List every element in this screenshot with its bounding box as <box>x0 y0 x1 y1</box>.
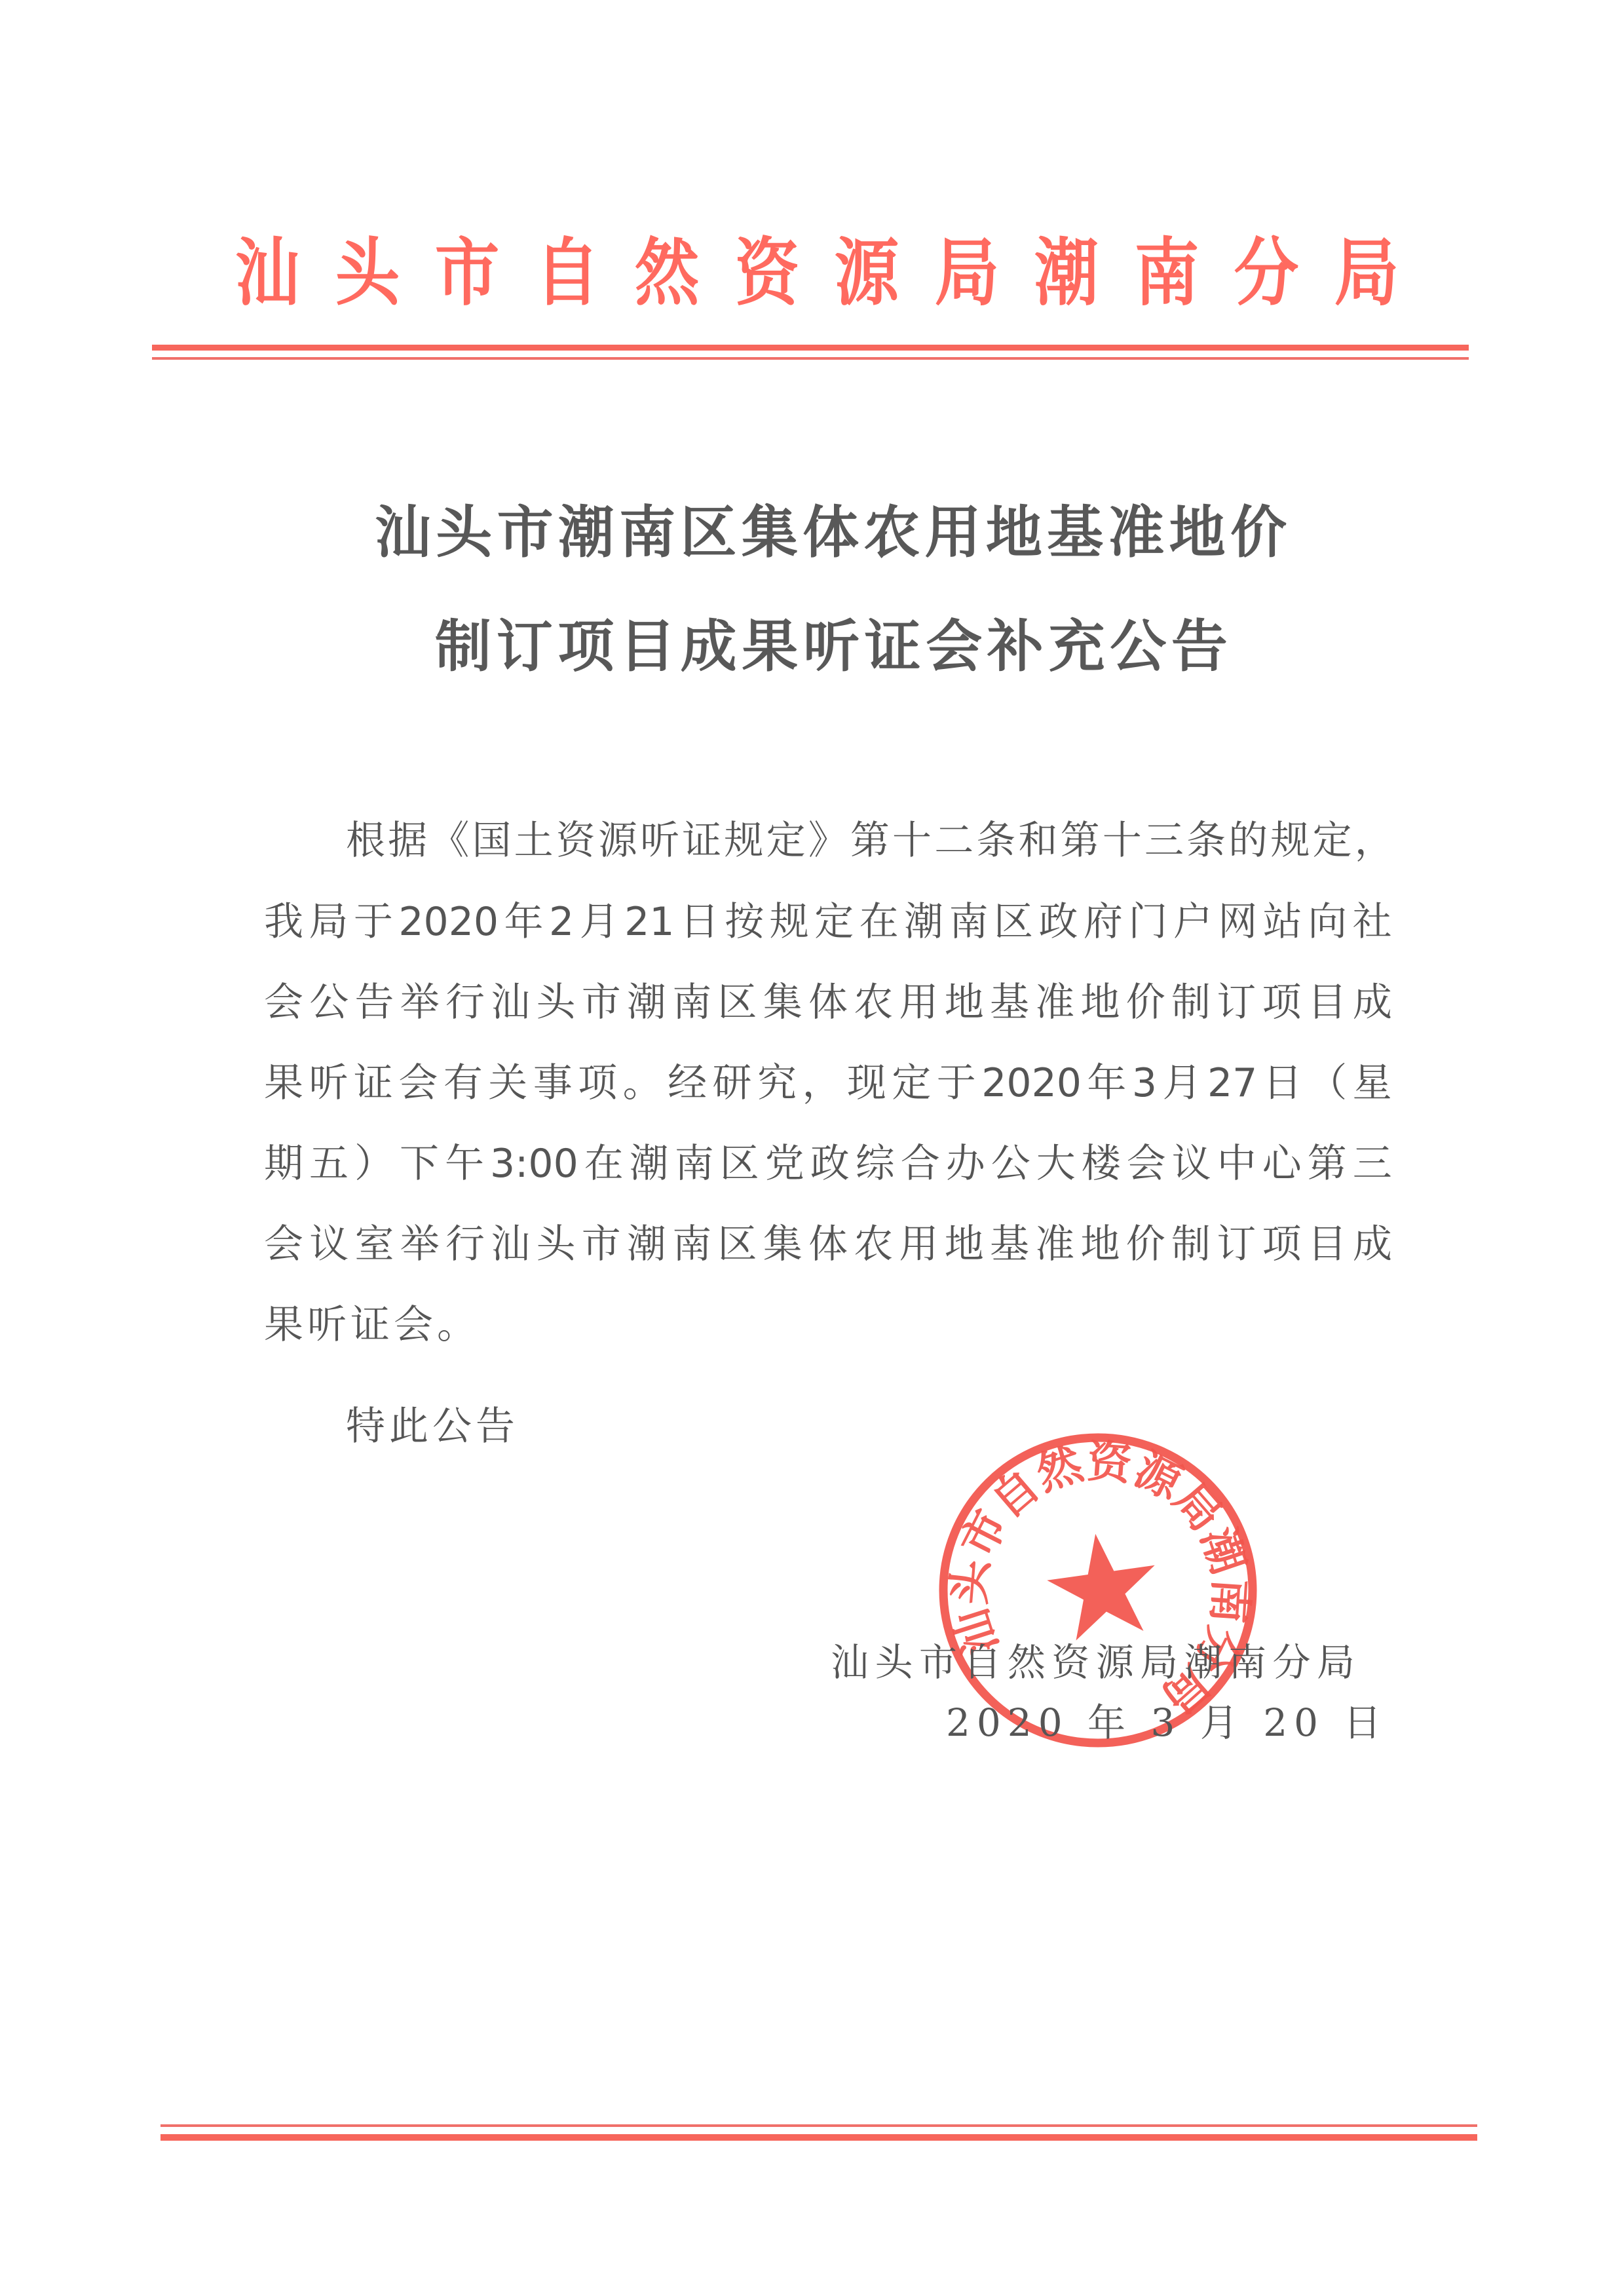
body-line-6: 会议室举行汕头市潮南区集体农用地基准地价制订项目成 <box>264 1225 1392 1264</box>
letterhead-char: 然 <box>635 237 700 310</box>
body-line-2: 我局于2020年2月21日按规定在潮南区政府门户网站向社 <box>264 902 1392 942</box>
letterhead-char: 市 <box>435 237 500 310</box>
letterhead-char: 源 <box>835 237 899 310</box>
closing-text: 特此公告 <box>346 1407 519 1446</box>
body-line-1: 根据《国土资源听证规定》第十二条和第十三条的规定， <box>346 821 1394 860</box>
letterhead-char: 自 <box>535 237 599 310</box>
letterhead-org-name: 汕 头 市 自 然 资 源 局 潮 南 分 局 <box>231 231 1403 316</box>
signature-organization: 汕头市自然资源局潮南分局 <box>831 1643 1355 1681</box>
letterhead-char: 局 <box>934 237 999 310</box>
body-line-3: 会公告举行汕头市潮南区集体农用地基准地价制订项目成 <box>264 983 1392 1022</box>
document-title-line-2: 制订项目成果听证会补充公告 <box>435 619 1228 675</box>
body-line-7: 果听证会。 <box>264 1305 480 1345</box>
signature-date: 2020 年 3 月 20 日 <box>946 1704 1274 1742</box>
letterhead-rule-thin <box>152 357 1469 360</box>
letterhead-char: 分 <box>1234 237 1299 310</box>
letterhead-char: 潮 <box>1034 237 1099 310</box>
letterhead-char: 汕 <box>235 237 300 310</box>
body-line-4: 果听证会有关事项。经研究，现定于2020年3月27日（星 <box>264 1063 1392 1103</box>
footer-rule-thin <box>161 2124 1477 2127</box>
letterhead-char: 头 <box>335 237 400 310</box>
document-title-line-1: 汕头市潮南区集体农用地基准地价 <box>375 505 1287 561</box>
letterhead-char: 资 <box>734 237 799 310</box>
letterhead-char: 南 <box>1135 237 1199 310</box>
star-icon <box>1042 1526 1163 1643</box>
body-line-5: 期五）下午3:00在潮南区党政综合办公大楼会议中心第三 <box>264 1144 1392 1183</box>
footer-rule-thick <box>161 2134 1477 2141</box>
letterhead-char: 局 <box>1334 237 1399 310</box>
letterhead-rule-thick <box>152 345 1469 351</box>
